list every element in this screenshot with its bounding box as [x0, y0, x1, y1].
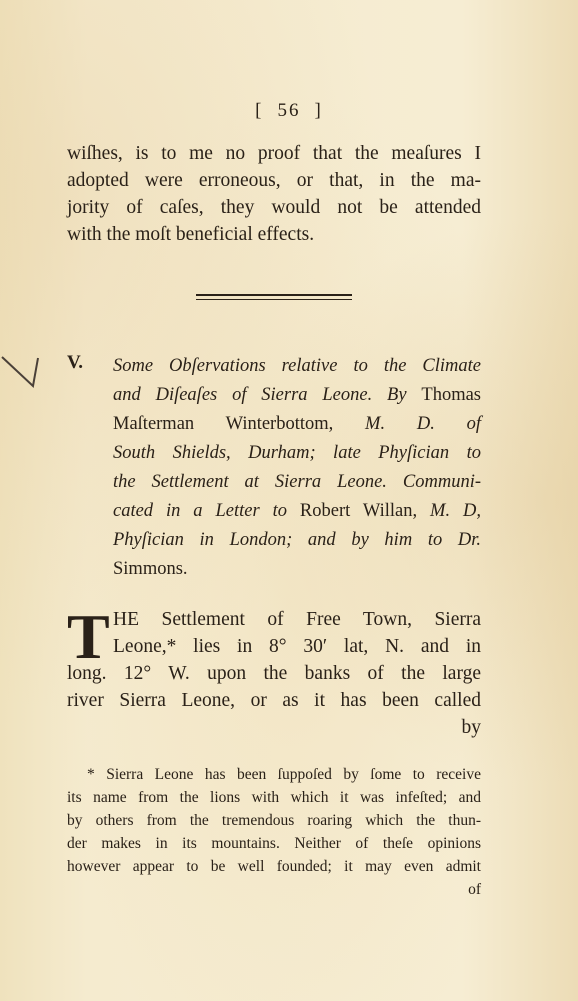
- italic-text: M. D. of: [365, 414, 481, 434]
- section-number: V.: [67, 352, 83, 374]
- text-line: HE Settlement of Free Town, Sierra: [113, 606, 481, 633]
- footnote-catchword: of: [67, 878, 481, 901]
- catchword: by: [67, 714, 481, 741]
- roman-text: Maſterman Winterbottom,: [113, 414, 365, 434]
- text-line: with the moſt beneficial effects.: [67, 221, 481, 248]
- footnote-line: its name from the lions with which it wa…: [67, 786, 481, 809]
- text-line: jority of caſes, they would not be atten…: [67, 194, 481, 221]
- text-line: Leone,* lies in 8° 30′ lat, N. and in: [113, 633, 481, 660]
- roman-text: Simmons.: [113, 559, 188, 579]
- section-heading: V. Some Obſervations relative to the Cli…: [67, 352, 481, 584]
- italic-text: Phyſician in London; and by him to Dr.: [113, 530, 481, 550]
- italic-text: and Diſeaſes of Sierra Leone. By: [113, 385, 421, 405]
- footnote: * Sierra Leone has been ſuppoſed by ſome…: [67, 763, 481, 901]
- italic-text: Some Obſervations relative to the Climat…: [113, 356, 481, 376]
- footnote-line: by others from the tremendous roaring wh…: [67, 809, 481, 832]
- heading-line: the Settlement at Sierra Leone. Communi-: [113, 468, 481, 497]
- margin-check-mark: [0, 345, 45, 390]
- text-line: wiſhes, is to me no proof that the meaſu…: [67, 140, 481, 167]
- book-page: [56] wiſhes, is to me no proof that the …: [0, 0, 578, 1001]
- heading-line: South Shields, Durham; late Phyſician to: [113, 439, 481, 468]
- italic-text: cated in a Letter to: [113, 501, 300, 521]
- heading-line: Phyſician in London; and by him to Dr.: [113, 526, 481, 555]
- italic-text: South Shields, Durham; late Phyſician to: [113, 443, 481, 463]
- italic-text: M. D,: [430, 501, 481, 521]
- heading-line: Some Obſervations relative to the Climat…: [113, 352, 481, 381]
- text-line: river Sierra Leone, or as it has been ca…: [67, 687, 481, 714]
- footnote-line: * Sierra Leone has been ſuppoſed by ſome…: [67, 763, 481, 786]
- footnote-line: however appear to be well founded; it ma…: [67, 855, 481, 878]
- footnote-line: der makes in its mountains. Neither of t…: [67, 832, 481, 855]
- roman-text: Thomas: [421, 385, 481, 405]
- opening-paragraph: T HE Settlement of Free Town, Sierra Leo…: [67, 606, 481, 741]
- text-line: adopted were erroneous, or that, in the …: [67, 167, 481, 194]
- heading-line: cated in a Letter to Robert Willan, M. D…: [113, 497, 481, 526]
- italic-text: the Settlement at Sierra Leone. Communi-: [113, 472, 481, 492]
- bracket-open: [: [255, 100, 263, 121]
- drop-cap: T: [67, 610, 110, 664]
- heading-line: and Diſeaſes of Sierra Leone. By Thomas: [113, 381, 481, 410]
- text-line: long. 12° W. upon the banks of the large: [67, 660, 481, 687]
- roman-text: Robert Willan,: [300, 501, 430, 521]
- paragraph-continuation: wiſhes, is to me no proof that the meaſu…: [67, 140, 481, 248]
- heading-line: Simmons.: [113, 555, 481, 584]
- section-title: Some Obſervations relative to the Climat…: [113, 352, 481, 584]
- heading-line: Maſterman Winterbottom, M. D. of: [113, 410, 481, 439]
- running-head: [56]: [0, 100, 578, 122]
- page-number: 56: [278, 100, 301, 121]
- bracket-close: ]: [315, 100, 323, 121]
- section-divider-rule: [196, 294, 352, 300]
